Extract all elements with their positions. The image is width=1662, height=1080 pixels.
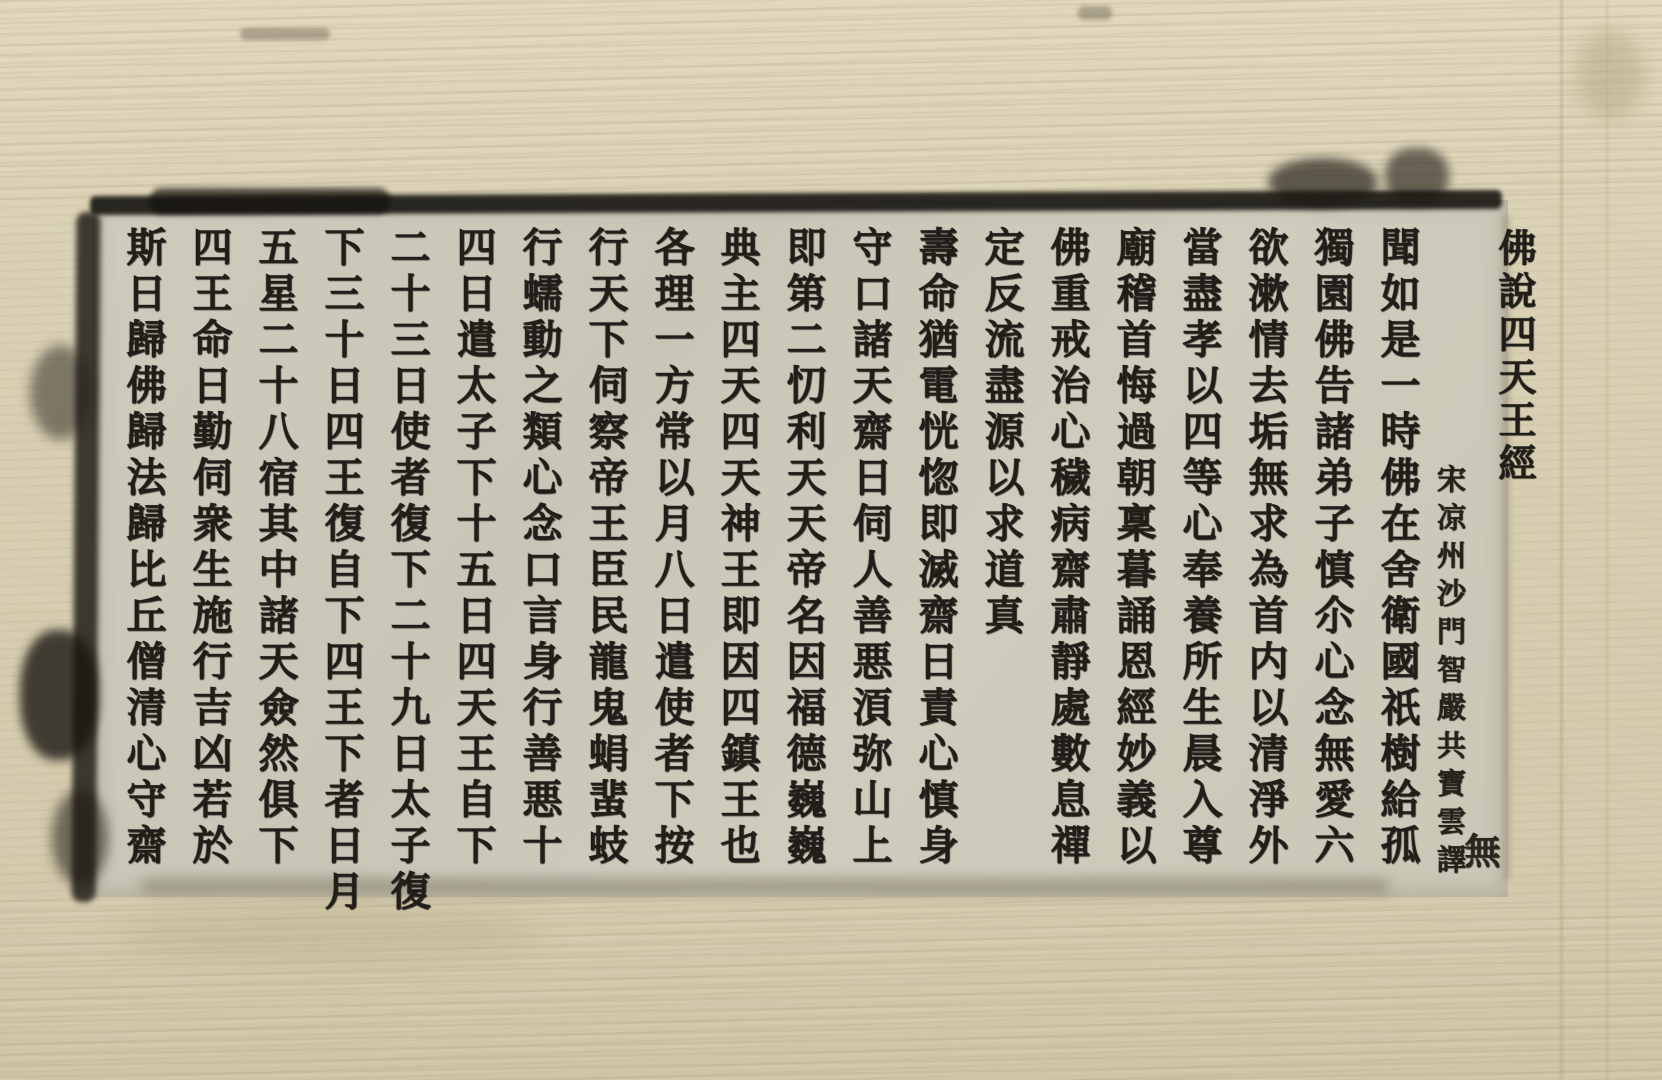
text-column-8: 壽命猶電恍惚即滅齋日責心慎身 (912, 226, 964, 870)
text-column-5: 廟稽首悔過朝稟暮誦恩經妙義以 (1110, 226, 1162, 870)
top-right-blotch-2 (1385, 148, 1449, 204)
text-column-18: 五星二十八宿其中諸天僉然俱下 (252, 226, 304, 870)
top-speck-2 (1078, 6, 1112, 20)
text-column-13: 行天下伺察帝王臣民龍鬼蜎蜚蚑 (582, 226, 634, 870)
sutra-title: 佛說四天王經 (1487, 228, 1542, 486)
text-column-7: 定反流盡源以求道真 (978, 226, 1030, 640)
left-edge-blob-2 (20, 630, 98, 760)
text-column-2: 獨園佛告諸弟子慎尒心念無愛六 (1308, 226, 1360, 870)
text-column-12: 各理一方常以月八日遣使者下按 (648, 226, 700, 870)
text-column-14: 行蠕動之類心念口言身行善悪十 (516, 226, 568, 870)
text-column-6: 佛重戒治心穢病齋肅靜處數息禪 (1044, 226, 1096, 870)
text-column-3: 欲漱情去垢無求為首内以清淨外 (1242, 226, 1294, 870)
text-column-1: 聞如是一時佛在舍衛國祇樹給孤 (1374, 226, 1426, 870)
scanned-sutra-page: 佛說四天王經 宋凉州沙門智嚴共寶雲譯 無 聞如是一時佛在舍衛國祇樹給孤 獨園佛告… (0, 0, 1662, 1080)
text-column-20: 斯日歸佛歸法歸比丘僧清心守齋 (120, 226, 172, 870)
translator-line: 宋凉州沙門智嚴共寶雲譯 (1430, 464, 1471, 882)
left-edge-blob-1 (30, 345, 92, 440)
paper-texture-bottom (0, 900, 1662, 1080)
right-margin-crease-1 (1560, 0, 1563, 1080)
text-column-4: 當盡孝以四等心奉養所生晨入尊 (1176, 226, 1228, 870)
text-column-19: 四王命日勤伺衆生施行吉凶若於 (186, 226, 238, 870)
text-column-9: 守口諸天齋日伺人善悪湏弥山上 (846, 226, 898, 870)
text-column-11: 典主四天四天神王即因四鎮王也 (714, 226, 766, 870)
top-speck-1 (240, 28, 330, 40)
top-right-blotch (1268, 158, 1378, 206)
margin-character: 無 (1455, 832, 1506, 868)
text-column-17: 下三十日四王復自下四王下者日月 (318, 226, 370, 916)
paper-texture-top (0, 0, 1662, 200)
text-column-15: 四日遣太子下十五日四天王自下 (450, 226, 502, 870)
top-right-corner-stain (1575, 30, 1645, 120)
text-column-16: 二十三日使者復下二十九日太子復 (384, 226, 436, 916)
right-margin-crease-2 (1606, 0, 1608, 1080)
text-column-10: 即第二忉利天天帝名因福德巍巍 (780, 226, 832, 870)
